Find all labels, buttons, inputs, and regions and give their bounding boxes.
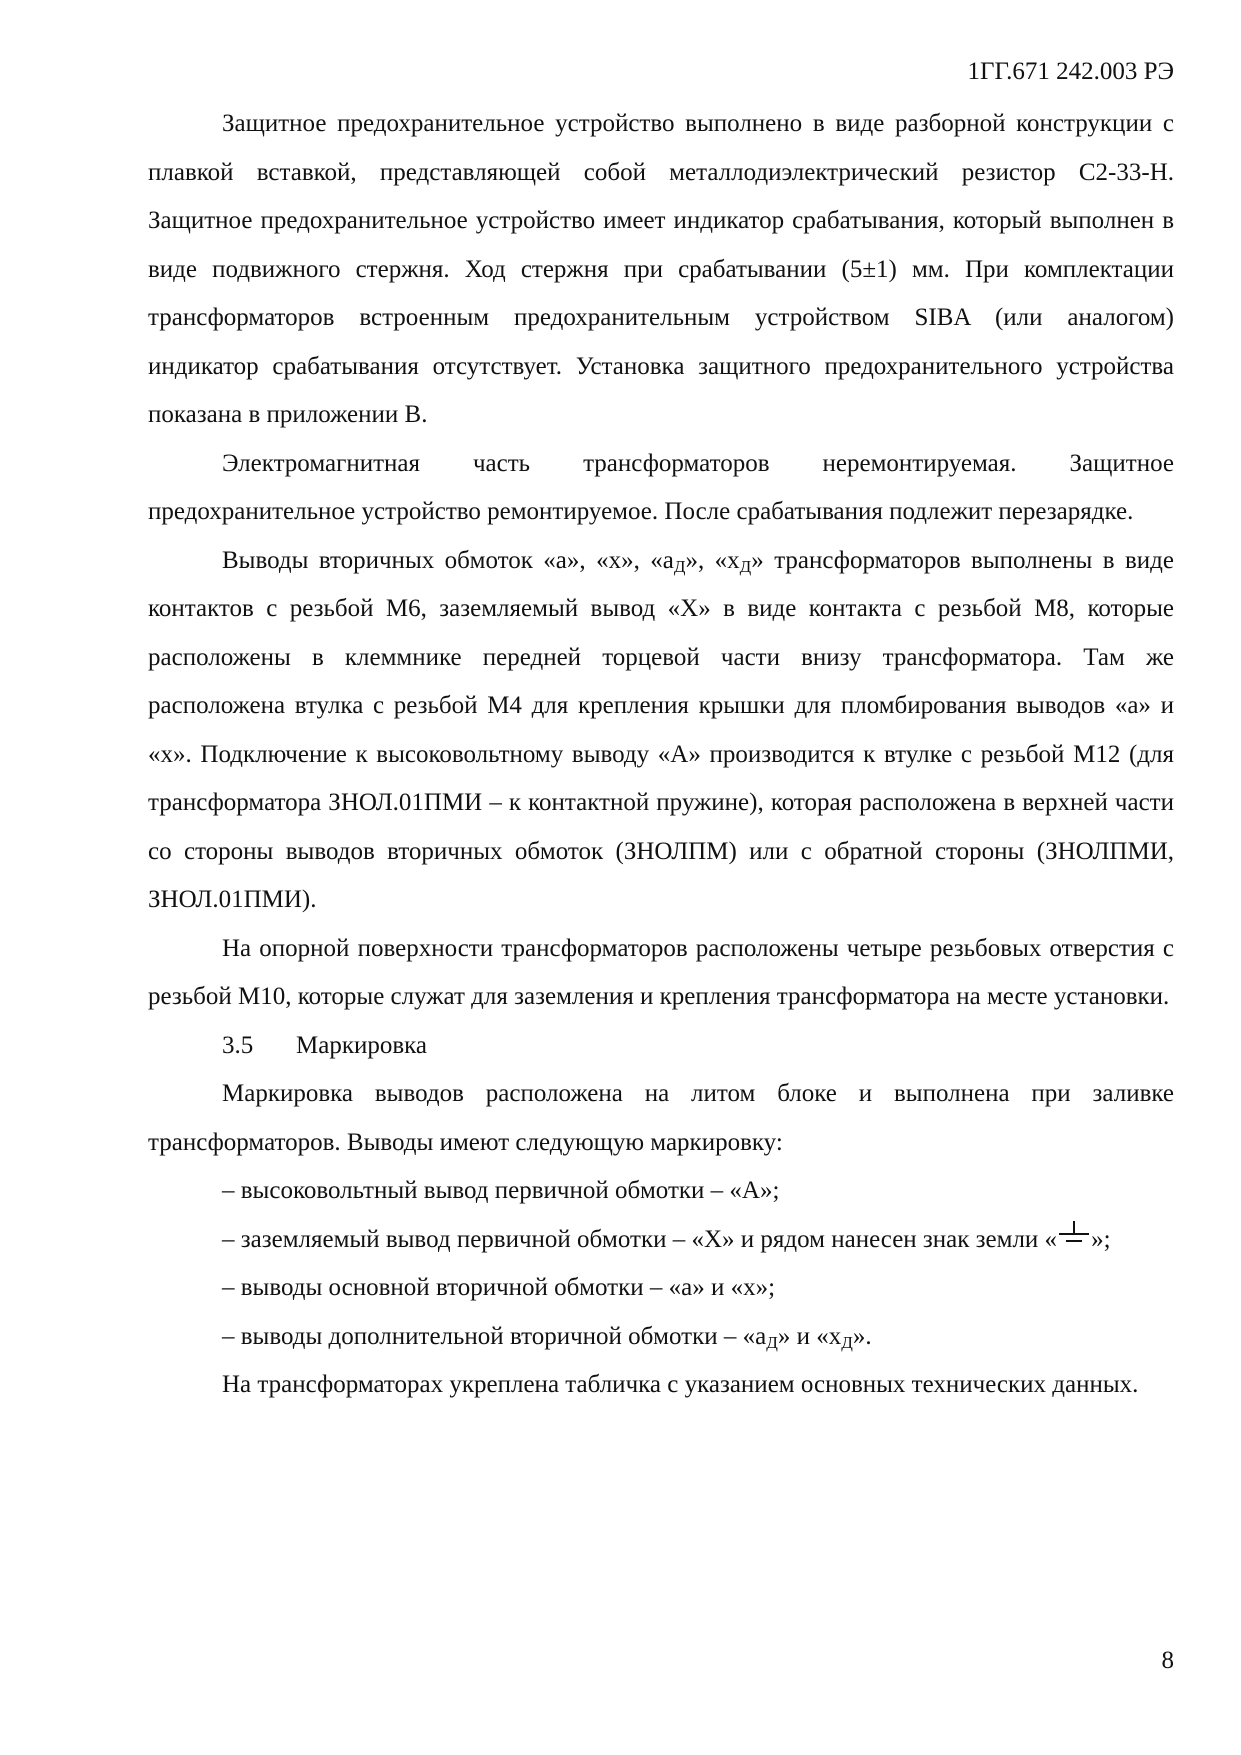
text: », «х bbox=[685, 547, 739, 574]
text: – выводы дополнительной вторичной обмотк… bbox=[222, 1323, 766, 1350]
subscript: Д bbox=[766, 1333, 778, 1352]
paragraph-nameplate: На трансформаторах укреплена табличка с … bbox=[148, 1361, 1174, 1410]
ground-symbol-icon bbox=[1057, 1221, 1091, 1251]
subscript: Д bbox=[740, 557, 752, 576]
page-number: 8 bbox=[1162, 1647, 1175, 1675]
paragraph-repairability: Электромагнитная часть трансформаторов н… bbox=[148, 440, 1174, 537]
section-number: 3.5 bbox=[222, 1022, 296, 1071]
text: »; bbox=[1091, 1226, 1110, 1253]
subscript: Д bbox=[674, 557, 686, 576]
text: » трансформаторов выполнены в виде конта… bbox=[148, 547, 1174, 914]
text: Выводы вторичных обмоток «а», «х», «а bbox=[222, 547, 674, 574]
list-item: – высоковольтный вывод первичной обмотки… bbox=[148, 1167, 1174, 1216]
page-body: Защитное предохранительное устройство вы… bbox=[148, 100, 1174, 1410]
paragraph-mounting: На опорной поверхности трансформаторов р… bbox=[148, 925, 1174, 1022]
paragraph-fuse-device: Защитное предохранительное устройство вы… bbox=[148, 100, 1174, 440]
list-item: – выводы основной вторичной обмотки – «а… bbox=[148, 1264, 1174, 1313]
list-item: – выводы дополнительной вторичной обмотк… bbox=[148, 1313, 1174, 1362]
paragraph-terminals: Выводы вторичных обмоток «а», «х», «аД»,… bbox=[148, 537, 1174, 925]
list-item: – заземляемый вывод первичной обмотки – … bbox=[148, 1216, 1174, 1265]
text: » и «х bbox=[778, 1323, 841, 1350]
text: – заземляемый вывод первичной обмотки – … bbox=[222, 1226, 1057, 1253]
document-code: 1ГГ.671 242.003 РЭ bbox=[968, 58, 1175, 86]
section-heading: 3.5Маркировка bbox=[148, 1022, 1174, 1071]
subscript: Д bbox=[841, 1333, 853, 1352]
paragraph-marking-intro: Маркировка выводов расположена на литом … bbox=[148, 1070, 1174, 1167]
section-title: Маркировка bbox=[296, 1032, 427, 1059]
text: ». bbox=[853, 1323, 872, 1350]
